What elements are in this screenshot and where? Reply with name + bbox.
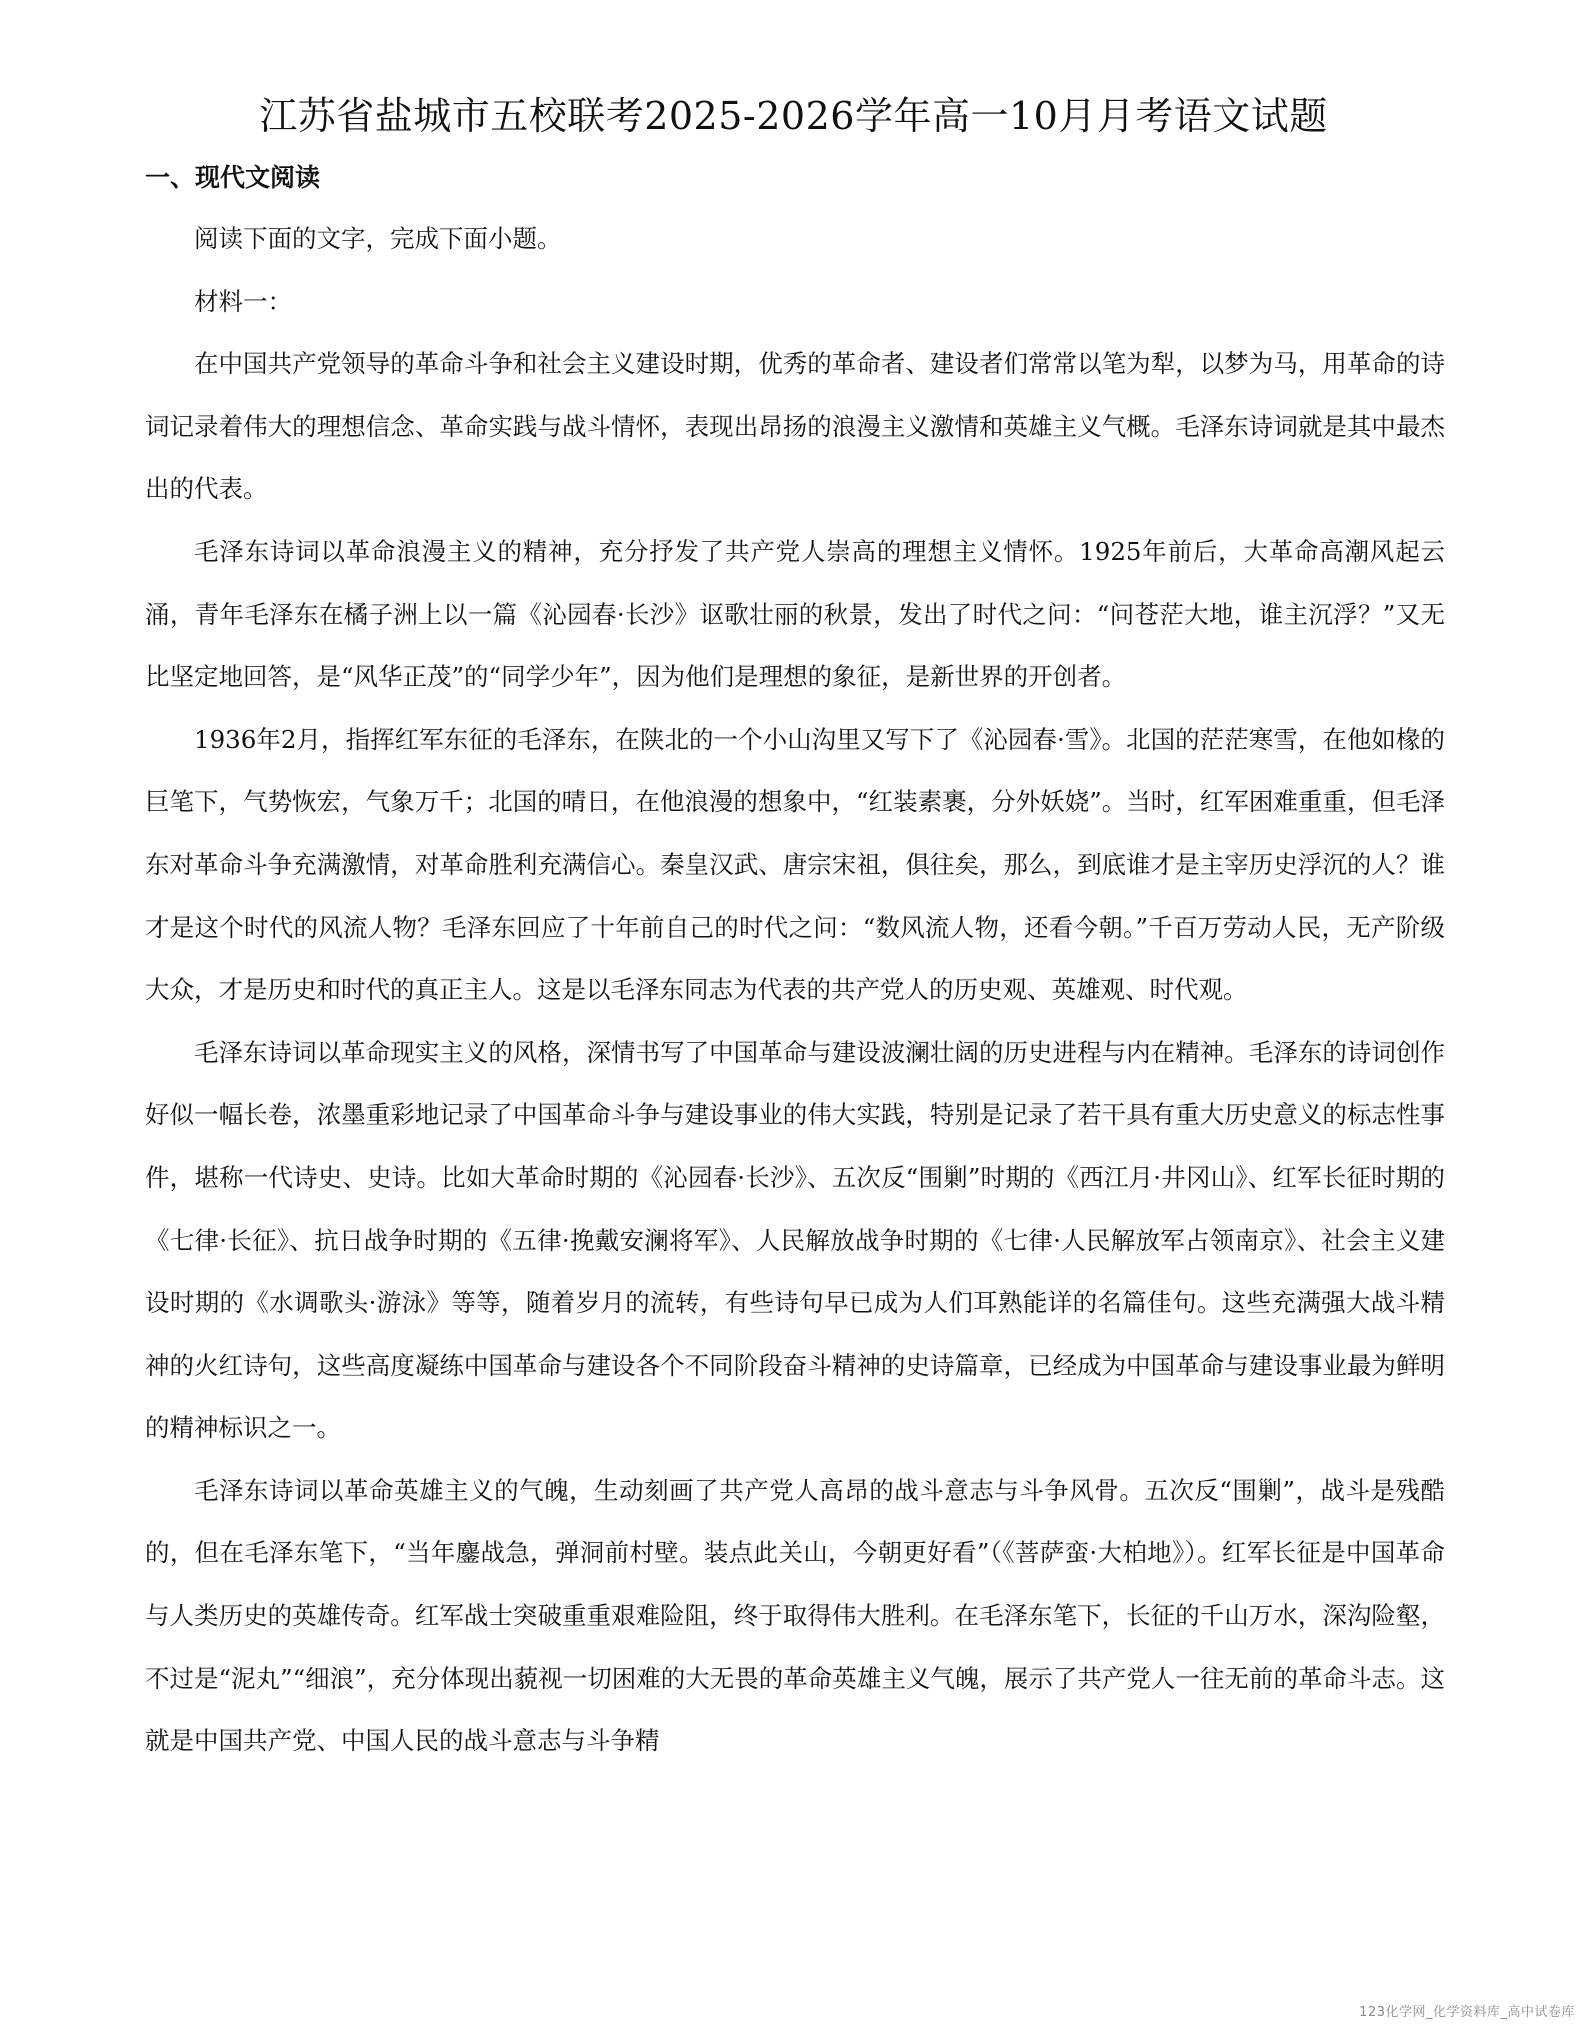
paragraph-4: 毛泽东诗词以革命现实主义的风格，深情书写了中国革命与建设波澜壮阔的历史进程与内在… — [145, 1022, 1445, 1460]
document-title: 江苏省盐城市五校联考2025-2026学年高一10月月考语文试题 — [0, 88, 1587, 144]
paragraph-2: 毛泽东诗词以革命浪漫主义的精神，充分抒发了共产党人崇高的理想主义情怀。1925年… — [145, 521, 1445, 709]
paragraph-5: 毛泽东诗词以革命英雄主义的气魄，生动刻画了共产党人高昂的战斗意志与斗争风骨。五次… — [145, 1460, 1445, 1773]
material-label: 材料一： — [145, 271, 1445, 334]
section-heading: 一、现代文阅读 — [145, 160, 320, 196]
instruction-text: 阅读下面的文字，完成下面小题。 — [145, 208, 1445, 271]
footer-watermark: 123化学网_化学资料库_高中试卷库 — [1359, 2001, 1575, 2020]
reading-passage: 阅读下面的文字，完成下面小题。 材料一： 在中国共产党领导的革命斗争和社会主义建… — [145, 208, 1445, 1773]
paragraph-3: 1936年2月，指挥红军东征的毛泽东，在陕北的一个小山沟里又写下了《沁园春·雪》… — [145, 709, 1445, 1022]
paragraph-1: 在中国共产党领导的革命斗争和社会主义建设时期，优秀的革命者、建设者们常常以笔为犁… — [145, 333, 1445, 521]
document-page: 江苏省盐城市五校联考2025-2026学年高一10月月考语文试题 一、现代文阅读… — [0, 0, 1587, 2024]
